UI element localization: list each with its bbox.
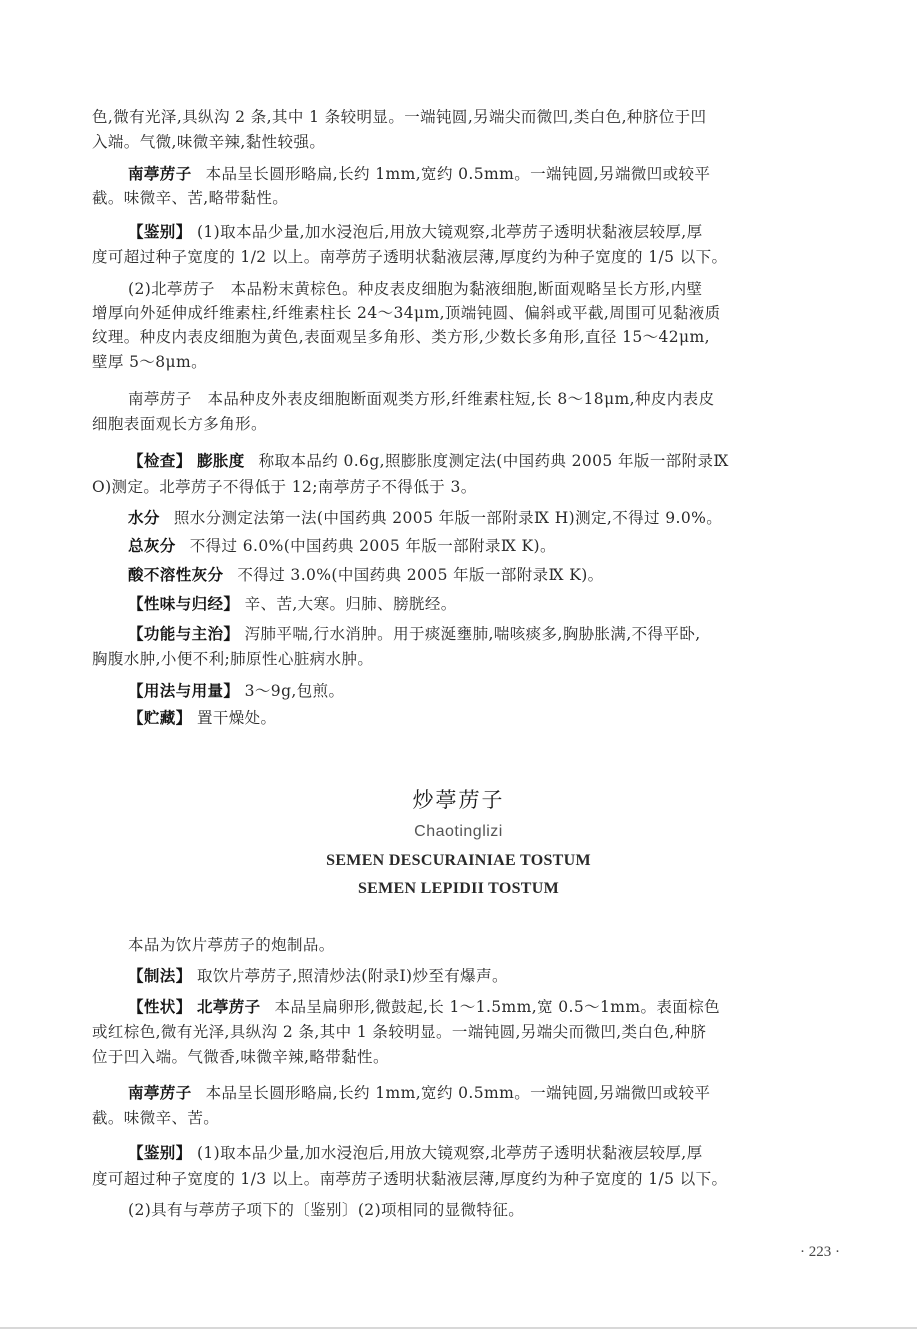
description-label: 【性状】 bbox=[128, 998, 192, 1016]
page-number: · 223 · bbox=[800, 1244, 840, 1261]
body-line: 色,微有光泽,具纵沟 2 条,其中 1 条较明显。一端钝圆,另端尖而微凹,类白色… bbox=[92, 107, 858, 127]
functions-label: 【功能与主治】 bbox=[128, 625, 239, 643]
description-heading-line: 【性状】 北葶苈子本品呈扁卵形,微鼓起,长 1～1.5mm,宽 0.5～1mm。… bbox=[128, 997, 858, 1017]
body-line: 壁厚 5～8μm。 bbox=[92, 352, 858, 372]
body-line: 截。味微辛、苦,略带黏性。 bbox=[92, 188, 858, 208]
body-line: 或红棕色,微有光泽,具纵沟 2 条,其中 1 条较明显。一端钝圆,另端尖而微凹,… bbox=[92, 1022, 858, 1042]
nature-label: 【性味与归经】 bbox=[128, 595, 239, 613]
storage-label: 【贮藏】 bbox=[128, 709, 192, 727]
water-line: 水分照水分测定法第一法(中国药典 2005 年版一部附录Ⅸ H)测定,不得过 9… bbox=[128, 508, 858, 528]
entry-pinyin: Chaotinglizi bbox=[0, 823, 917, 841]
usage-label: 【用法与用量】 bbox=[128, 682, 239, 700]
page-bottom-edge bbox=[0, 1327, 917, 1329]
body-line: 增厚向外延伸成纤维素柱,纤维素柱长 24～34μm,顶端钝圆、偏斜或平截,周围可… bbox=[92, 303, 858, 323]
identification-heading-line: 【鉴别】 (1)取本品少量,加水浸泡后,用放大镜观察,北葶苈子透明状黏液层较厚,… bbox=[128, 222, 858, 242]
inspection-label: 【检查】 bbox=[128, 452, 192, 470]
body-line: 南葶苈子 本品种皮外表皮细胞断面观类方形,纤维素柱短,长 8～18μm,种皮内表… bbox=[128, 389, 858, 409]
body-line: (2)北葶苈子 本品粉末黄棕色。种皮表皮细胞为黏液细胞,断面观略呈长方形,内壁 bbox=[128, 279, 858, 299]
intro-line: 本品为饮片葶苈子的炮制品。 bbox=[128, 935, 858, 955]
acid-ash-line: 酸不溶性灰分不得过 3.0%(中国药典 2005 年版一部附录Ⅸ K)。 bbox=[128, 565, 858, 585]
body-line: 位于凹入端。气微香,味微辛辣,略带黏性。 bbox=[92, 1047, 858, 1067]
ash-label: 总灰分 bbox=[128, 537, 176, 555]
acid-ash-label: 酸不溶性灰分 bbox=[128, 566, 223, 584]
nan-description-line: 南葶苈子本品呈长圆形略扁,长约 1mm,宽约 0.5mm。一端钝圆,另端微凹或较… bbox=[128, 164, 858, 184]
identification-label: 【鉴别】 bbox=[128, 1144, 192, 1162]
entry-latin-name-1: SEMEN DESCURAINIAE TOSTUM bbox=[0, 852, 917, 870]
processing-label: 【制法】 bbox=[128, 967, 192, 985]
nature-line: 【性味与归经】 辛、苦,大寒。归肺、膀胱经。 bbox=[128, 594, 858, 614]
processing-line: 【制法】 取饮片葶苈子,照清炒法(附录Ⅰ)炒至有爆声。 bbox=[128, 966, 858, 986]
swelling-label: 膨胀度 bbox=[197, 452, 245, 470]
identification-heading-line: 【鉴别】 (1)取本品少量,加水浸泡后,用放大镜观察,北葶苈子透明状黏液层较厚,… bbox=[128, 1143, 858, 1163]
document-page: 色,微有光泽,具纵沟 2 条,其中 1 条较明显。一端钝圆,另端尖而微凹,类白色… bbox=[0, 0, 917, 1333]
storage-line: 【贮藏】 置干燥处。 bbox=[128, 708, 858, 728]
body-line: (2)具有与葶苈子项下的〔鉴别〕(2)项相同的显微特征。 bbox=[128, 1200, 858, 1220]
body-line: 入端。气微,味微辛辣,黏性较强。 bbox=[92, 132, 858, 152]
body-line: 纹理。种皮内表皮细胞为黄色,表面观呈多角形、类方形,少数长多角形,直径 15～4… bbox=[92, 327, 858, 347]
entry-latin-name-2: SEMEN LEPIDII TOSTUM bbox=[0, 880, 917, 898]
nan-description-line: 南葶苈子本品呈长圆形略扁,长约 1mm,宽约 0.5mm。一端钝圆,另端微凹或较… bbox=[128, 1083, 858, 1103]
body-line: 细胞表面观长方多角形。 bbox=[92, 414, 858, 434]
water-label: 水分 bbox=[128, 509, 160, 527]
body-line: O)测定。北葶苈子不得低于 12;南葶苈子不得低于 3。 bbox=[92, 477, 858, 497]
nan-label: 南葶苈子 bbox=[128, 165, 192, 183]
identification-label: 【鉴别】 bbox=[128, 223, 192, 241]
functions-line: 【功能与主治】 泻肺平喘,行水消肿。用于痰涎壅肺,喘咳痰多,胸胁胀满,不得平卧, bbox=[128, 624, 858, 644]
body-line: 截。味微辛、苦。 bbox=[92, 1108, 858, 1128]
inspection-heading-line: 【检查】 膨胀度称取本品约 0.6g,照膨胀度测定法(中国药典 2005 年版一… bbox=[128, 451, 858, 471]
usage-line: 【用法与用量】 3～9g,包煎。 bbox=[128, 681, 858, 701]
entry-title: 炒葶苈子 bbox=[0, 784, 917, 814]
body-line: 胸腹水肿,小便不利;肺原性心脏病水肿。 bbox=[92, 649, 858, 669]
nan-label: 南葶苈子 bbox=[128, 1084, 192, 1102]
body-line: 度可超过种子宽度的 1/3 以上。南葶苈子透明状黏液层薄,厚度约为种子宽度的 1… bbox=[92, 1169, 858, 1189]
ash-line: 总灰分不得过 6.0%(中国药典 2005 年版一部附录Ⅸ K)。 bbox=[128, 536, 858, 556]
bei-label: 北葶苈子 bbox=[197, 998, 261, 1016]
body-line: 度可超过种子宽度的 1/2 以上。南葶苈子透明状黏液层薄,厚度约为种子宽度的 1… bbox=[92, 247, 858, 267]
